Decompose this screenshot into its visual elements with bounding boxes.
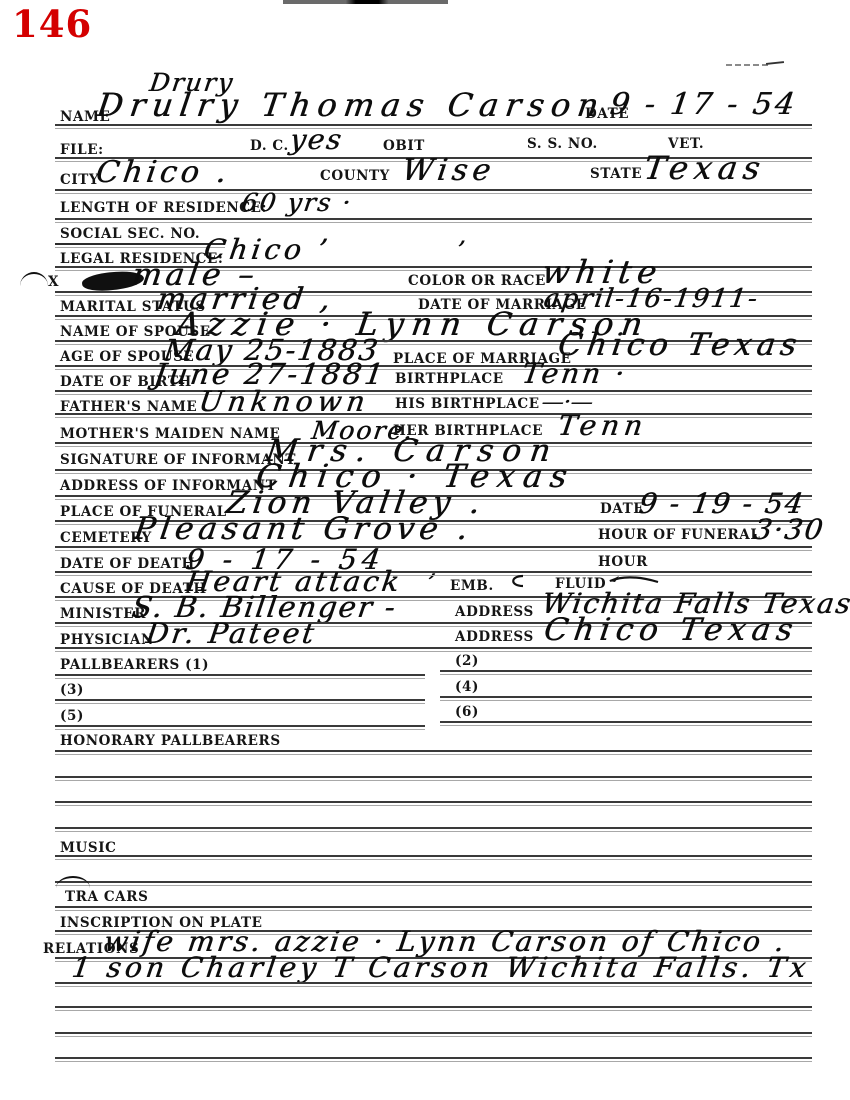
hour-of-funeral-label: HOUR OF FUNERAL	[598, 527, 760, 543]
date-value: 9 - 17 - 54	[608, 90, 799, 120]
rule	[55, 750, 812, 755]
birthplace-label: BIRTHPLACE	[395, 371, 504, 387]
rule	[55, 218, 812, 223]
scan-artifact-dashes	[726, 64, 768, 66]
rule	[55, 1032, 812, 1037]
sex-label: X	[48, 274, 59, 290]
honorary-pallbearers-label: HONORARY PALLBEARERS	[60, 733, 281, 749]
rule	[55, 776, 812, 781]
page-number: 146	[12, 2, 92, 46]
county-label: COUNTY	[320, 168, 390, 184]
cemetery-value: Pleasant Grove .	[132, 514, 474, 545]
his-birthplace-label: HIS BIRTHPLACE	[395, 396, 540, 412]
pallbearers-1-label: PALLBEARERS (1)	[60, 657, 209, 673]
rule	[55, 906, 812, 911]
file-label: FILE:	[60, 142, 104, 158]
length-of-residence-value: 60 yrs ·	[240, 190, 354, 215]
emb-check-mark	[506, 574, 526, 588]
fluid-arrow-mark	[606, 574, 660, 586]
funeral-record-document: 146 Drury NAME Drulry Thomas Carson DATE…	[0, 0, 850, 1100]
rule	[55, 413, 812, 418]
physician-address-label: ADDRESS	[455, 629, 534, 645]
rule	[55, 855, 812, 860]
color-or-race-label: COLOR OR RACE	[408, 273, 546, 289]
physician-address-value: Chico Texas	[542, 615, 800, 646]
dc-label: D. C.	[250, 138, 289, 154]
minister-address-label: ADDRESS	[455, 604, 534, 620]
legal-residence-tick: ’	[455, 238, 466, 262]
pallbearers-3-label: (3)	[60, 682, 84, 698]
county-value: Wise	[400, 156, 497, 186]
pallbearers-4-label: (4)	[455, 679, 479, 695]
her-birthplace-value: Tenn	[556, 412, 649, 440]
pallbearers-5-label: (5)	[60, 708, 84, 724]
date-of-death-tick: ,	[428, 556, 439, 580]
rule	[55, 647, 812, 652]
rule	[440, 721, 812, 726]
scan-artifact-bar	[283, 0, 448, 4]
pen-swash-mark	[56, 876, 90, 888]
rule	[55, 571, 812, 576]
rule	[55, 1057, 812, 1062]
physician-value: Dr. Pateet	[144, 620, 318, 648]
fathers-name-value: Unknown	[197, 388, 371, 416]
rule	[55, 124, 812, 129]
scan-artifact-tail	[766, 61, 784, 65]
physician-label: PHYSICIAN	[60, 632, 154, 648]
pen-swash-mark	[20, 272, 48, 286]
rule	[440, 670, 812, 675]
birthplace-value: Tenn ·	[520, 360, 629, 388]
state-label: STATE	[590, 166, 642, 182]
emb-label: EMB.	[450, 578, 494, 594]
rule	[55, 881, 812, 886]
extra-cars-label: TRA CARS	[65, 889, 148, 905]
rule	[55, 801, 812, 806]
rule	[55, 1006, 812, 1011]
rule	[55, 674, 425, 679]
obit-label: OBIT	[383, 138, 425, 154]
city-value: Chico .	[94, 158, 232, 188]
state-value: Texas	[642, 152, 768, 184]
rule	[55, 982, 812, 987]
relations-line2: 1 son Charley T Carson Wichita Falls. Tx	[70, 954, 811, 982]
rule	[55, 827, 812, 832]
rule	[440, 696, 812, 701]
music-label: MUSIC	[60, 840, 117, 856]
date-of-death-label: DATE OF DEATH	[60, 556, 195, 572]
hour-of-funeral-value: 3·30	[752, 516, 826, 544]
social-sec-no-label: SOCIAL SEC. NO.	[60, 226, 200, 242]
pallbearers-2-label: (2)	[455, 653, 479, 669]
mothers-maiden-name-label: MOTHER'S MAIDEN NAME	[60, 426, 280, 442]
pallbearers-6-label: (6)	[455, 704, 479, 720]
hour-label: HOUR	[598, 554, 648, 570]
name-value: Drulry Thomas Carson	[95, 89, 607, 121]
ssno-label: S. S. NO.	[527, 136, 598, 152]
dc-value: yes	[288, 126, 345, 154]
rule	[55, 189, 812, 194]
rule	[55, 699, 425, 704]
rule	[55, 390, 812, 395]
rule	[55, 546, 812, 551]
rule	[55, 243, 225, 248]
rule	[55, 725, 425, 730]
length-of-residence-label: LENGTH OF RESIDENCE:	[60, 200, 267, 216]
